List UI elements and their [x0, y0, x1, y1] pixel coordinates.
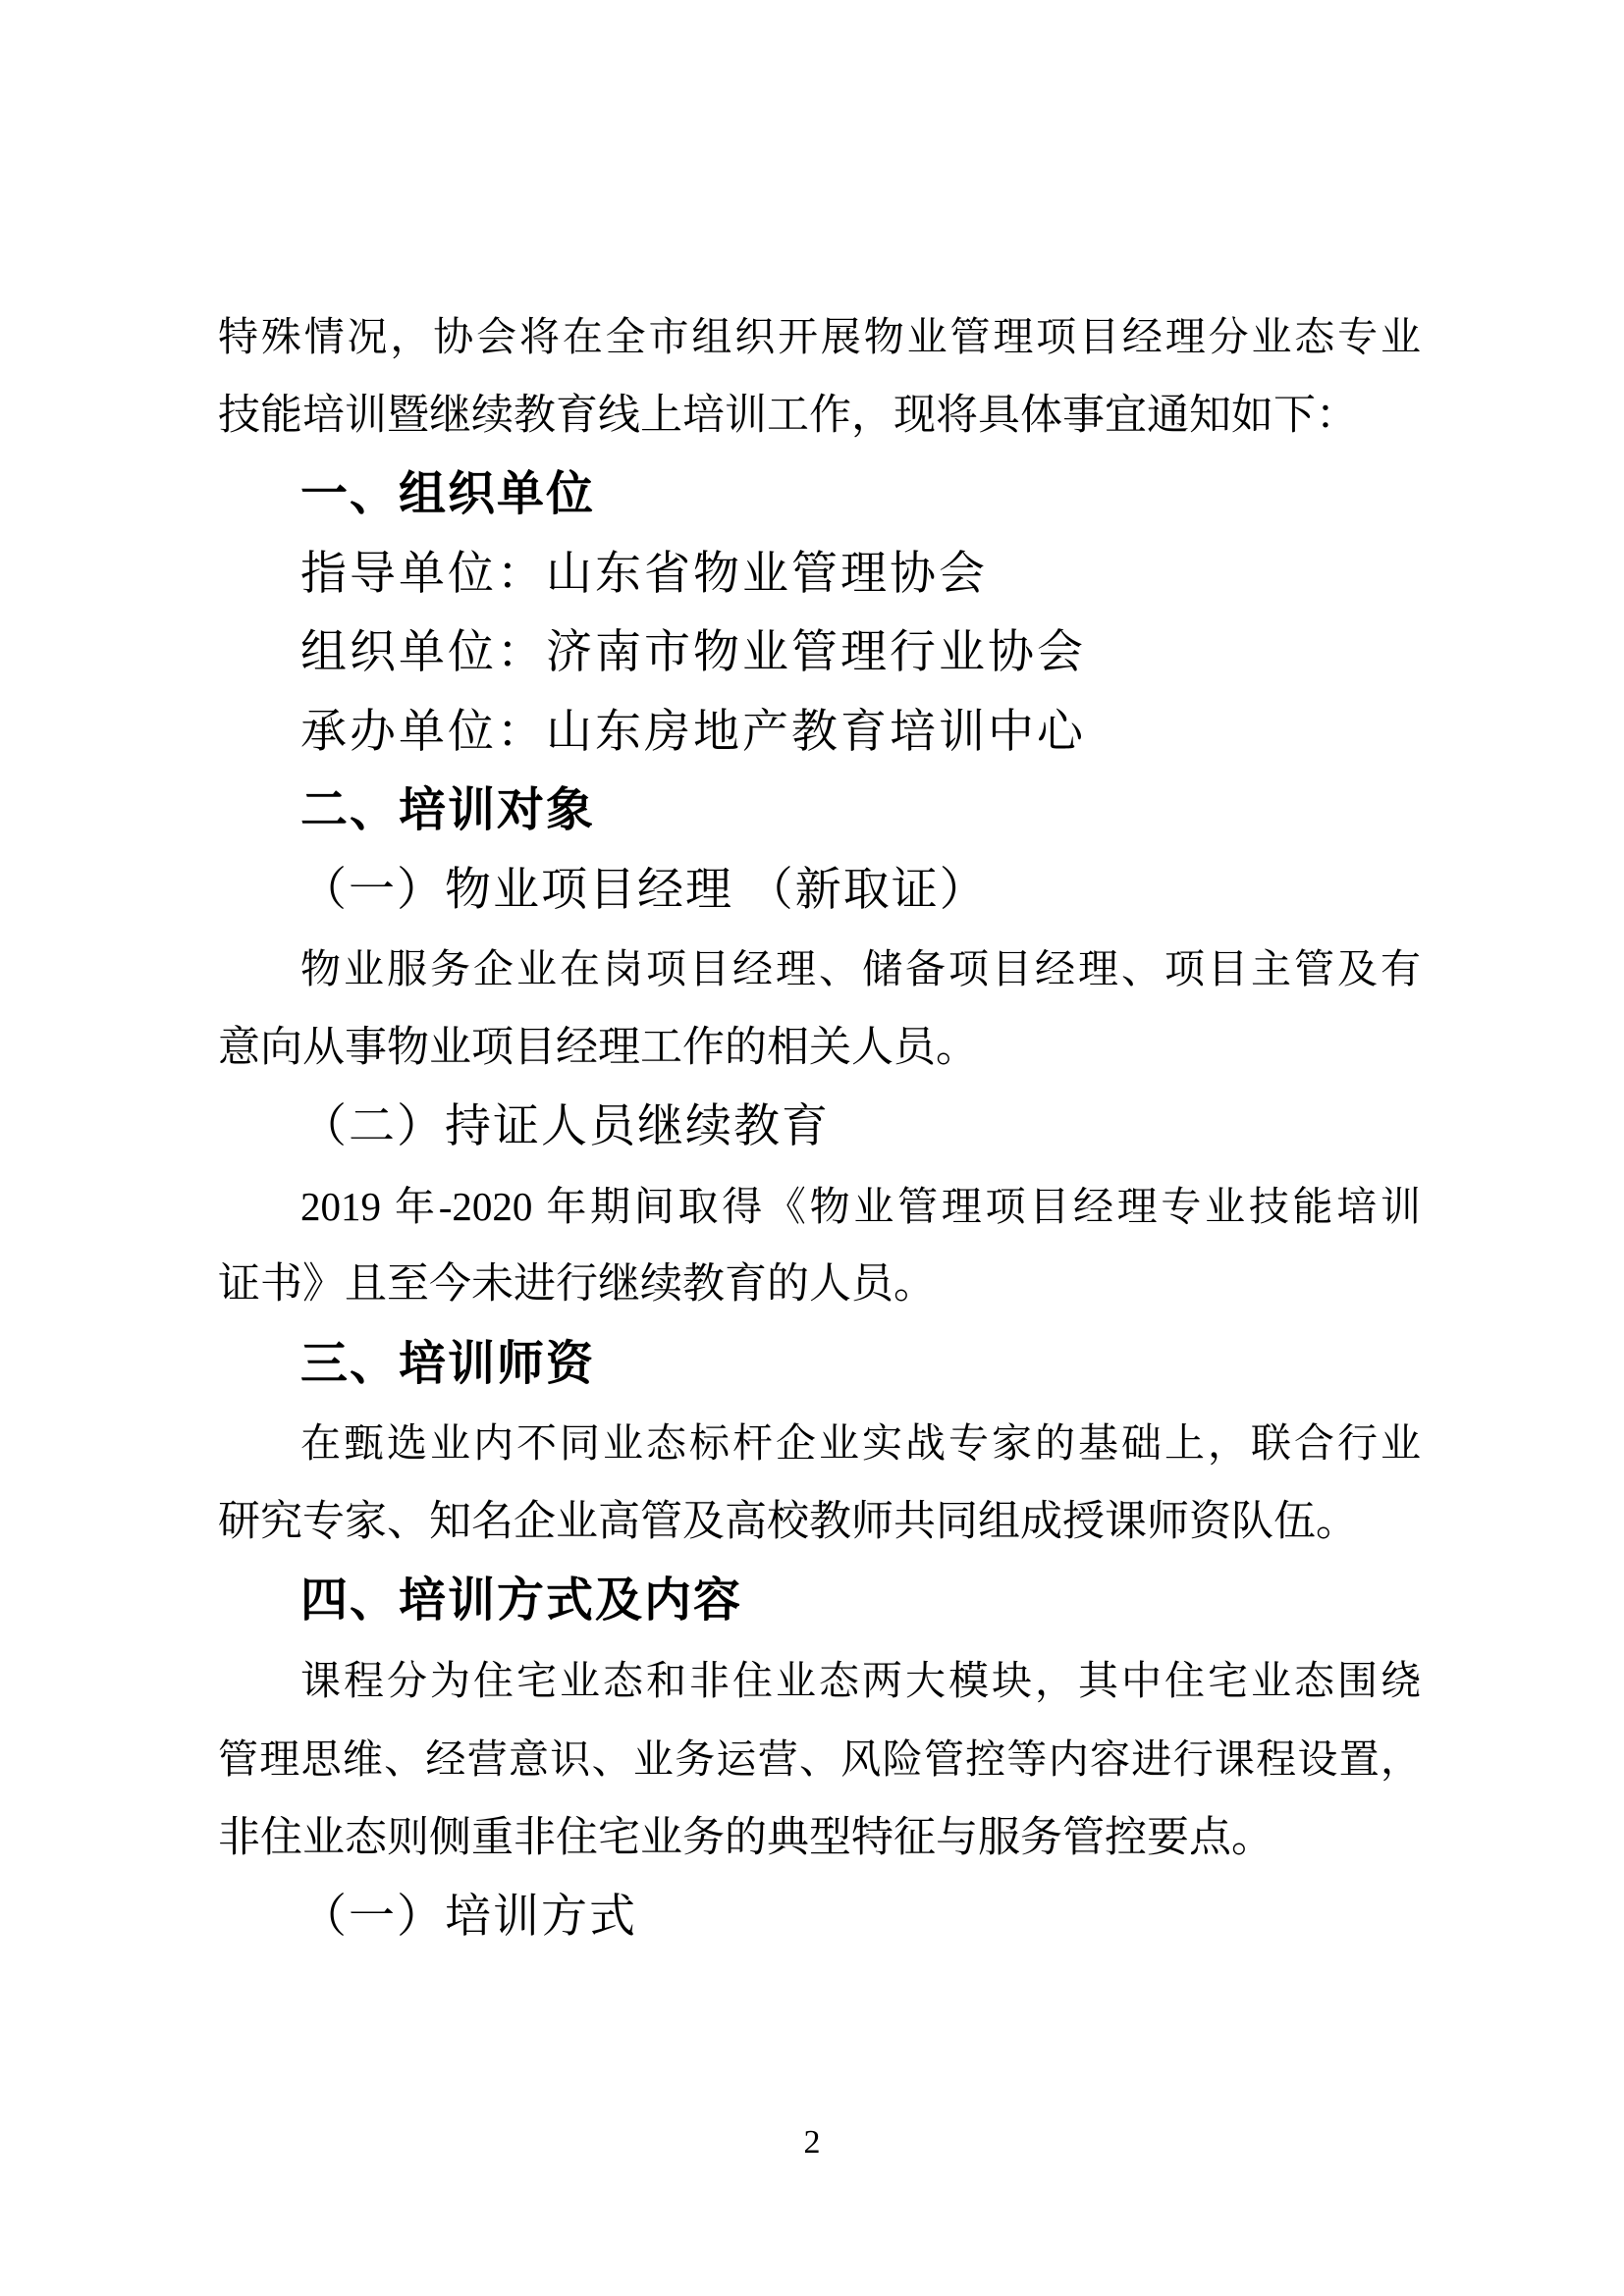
sub-section-heading: （一）培训方式 [218, 1878, 1421, 1957]
sub-section-heading: （一）物业项目经理 （新取证） [218, 851, 1421, 931]
paragraph-line: 证书》且至今未进行继续教育的人员。 [218, 1246, 1421, 1325]
paragraph-line: 在甄选业内不同业态标杆企业实战专家的基础上，联合行业 [218, 1404, 1421, 1483]
paragraph-line: 特殊情况，协会将在全市组织开展物业管理项目经理分业态专业 [218, 297, 1421, 377]
sub-section-heading: （二）持证人员继续教育 [218, 1088, 1421, 1167]
document-text-block: 特殊情况，协会将在全市组织开展物业管理项目经理分业态专业技能培训暨继续教育线上培… [218, 297, 1421, 1957]
paragraph-line: 课程分为住宅业态和非住业态两大模块，其中住宅业态围绕 [218, 1641, 1421, 1721]
page-number: 2 [0, 2123, 1624, 2163]
org-unit-line: 组织单位：济南市物业管理行业协会 [218, 614, 1421, 693]
section-heading: 三、培训师资 [218, 1325, 1421, 1405]
paragraph-line: 物业服务企业在岗项目经理、储备项目经理、项目主管及有 [218, 930, 1421, 1009]
paragraph-line: 研究专家、知名企业高管及高校教师共同组成授课师资队伍。 [218, 1483, 1421, 1563]
org-unit-line: 承办单位：山东房地产教育培训中心 [218, 693, 1421, 773]
paragraph-line: 2019 年-2020 年期间取得《物业管理项目经理专业技能培训 [218, 1167, 1421, 1247]
section-heading: 二、培训对象 [218, 772, 1421, 851]
paragraph-line: 意向从事物业项目经理工作的相关人员。 [218, 1009, 1421, 1089]
section-heading: 一、组织单位 [218, 455, 1421, 535]
section-heading: 四、培训方式及内容 [218, 1562, 1421, 1641]
paragraph-line: 技能培训暨继续教育线上培训工作，现将具体事宜通知如下： [218, 377, 1421, 456]
paragraph-line: 管理思维、经营意识、业务运营、风险管控等内容进行课程设置， [218, 1720, 1421, 1799]
document-page: { "page": { "number": "2" }, "document":… [0, 0, 1624, 2296]
paragraph-line: 非住业态则侧重非住宅业务的典型特征与服务管控要点。 [218, 1799, 1421, 1879]
org-unit-line: 指导单位：山东省物业管理协会 [218, 535, 1421, 614]
